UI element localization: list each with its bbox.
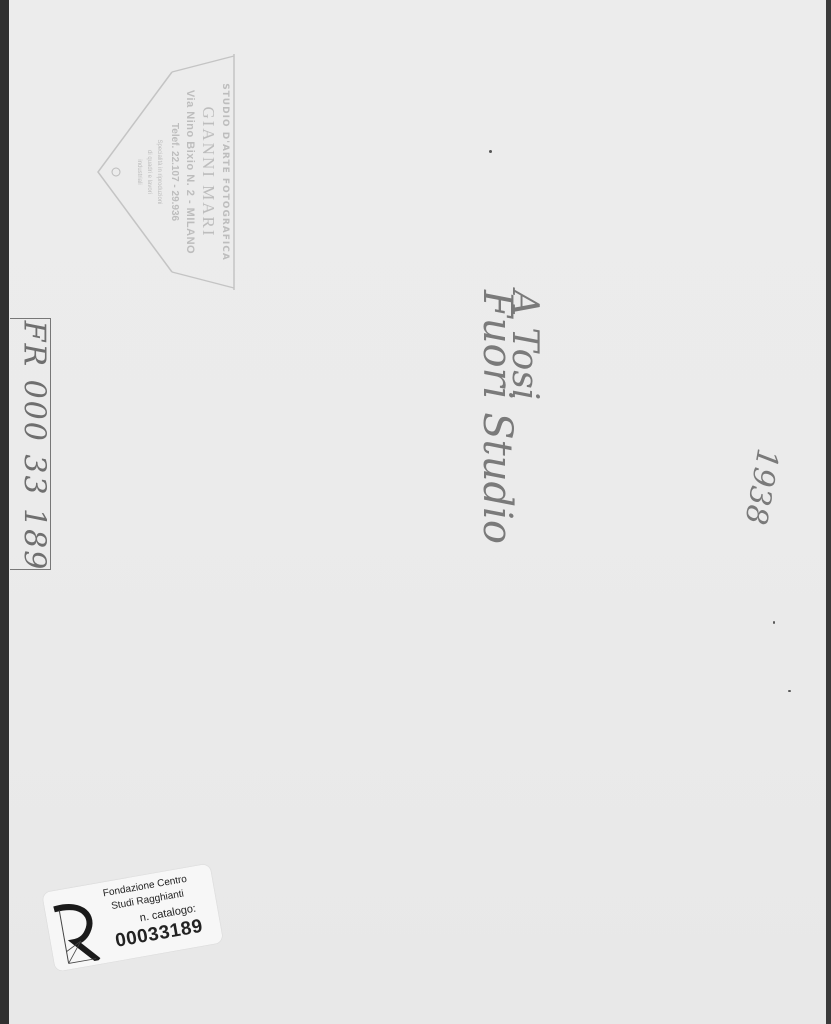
dust-speck: [773, 621, 775, 624]
photo-edge-left: [0, 0, 9, 1024]
stamp-studio-line: STUDIO D'ARTE FOTOGRAFICA: [220, 52, 230, 292]
stamp-specialty-1: Specialità in riproduzioni: [156, 52, 162, 292]
catalog-number: 00033189: [114, 916, 205, 953]
ragghianti-logo-icon: [52, 896, 106, 967]
handwritten-note: Fuori Studio: [474, 290, 520, 544]
photo-edge-right: [826, 0, 831, 1024]
dust-speck: [788, 690, 791, 692]
stamp-address: Via Nino Bixio N. 2 - MILANO: [184, 52, 196, 292]
archive-code-annotation: FR 000 33 189: [10, 318, 58, 573]
stamp-name: GIANNI MARI: [198, 52, 218, 292]
dust-speck: [489, 150, 492, 153]
archive-code: FR 000 33 189: [17, 320, 52, 571]
stamp-phone: Telef. 22.107 - 29.936: [169, 52, 180, 292]
stamp-specialty-3: industriali: [136, 52, 142, 292]
stamp-specialty-2: di quadri e lavori: [146, 52, 152, 292]
photographer-stamp: STUDIO D'ARTE FOTOGRAFICA GIANNI MARI Vi…: [88, 52, 238, 292]
